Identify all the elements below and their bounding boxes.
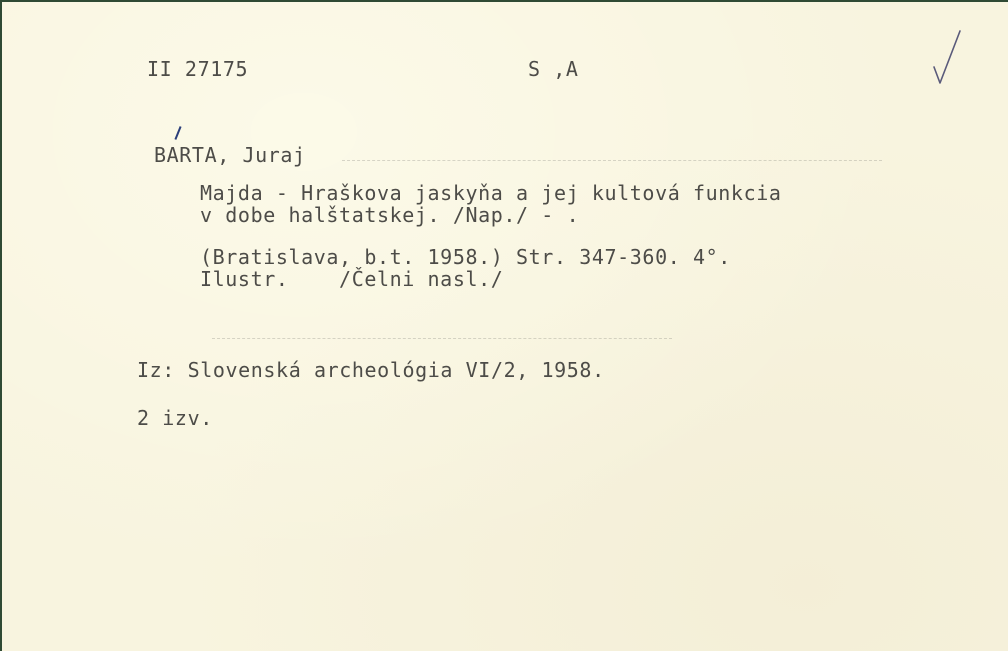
author-heading: BARTA, Juraj — [154, 144, 306, 166]
check-mark-icon — [930, 27, 964, 87]
faint-trace-line — [342, 160, 882, 162]
faint-trace-line — [212, 338, 672, 340]
publication-line-2: Ilustr. /Čelni nasl./ — [200, 268, 503, 290]
source-note: Iz: Slovenská archeológia VI/2, 1958. — [137, 359, 605, 381]
catalog-card: II 27175 S ,A BARTA, Juraj Majda - Hrašk… — [2, 2, 1008, 651]
copies-count: 2 izv. — [137, 407, 213, 429]
location-code: S ,A — [528, 58, 579, 80]
title-line-1: Majda - Hraškova jaskyňa a jej kultová f… — [200, 182, 782, 204]
title-line-2: v dobe halštatskej. /Nap./ - . — [200, 204, 579, 226]
call-number: II 27175 — [147, 58, 248, 80]
publication-line-1: (Bratislava, b.t. 1958.) Str. 347-360. 4… — [200, 246, 731, 268]
handwritten-accent-mark — [174, 126, 181, 140]
